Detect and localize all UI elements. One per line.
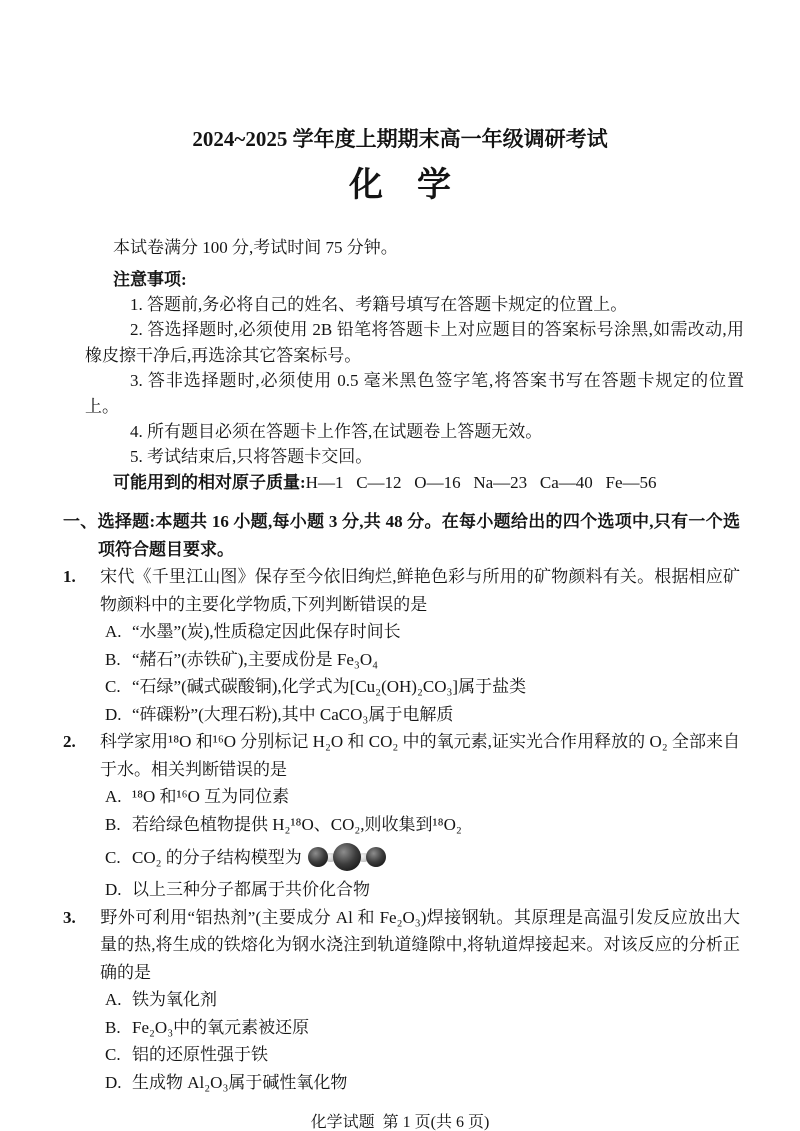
question-stem: 2.科学家用¹⁸O 和¹⁶O 分别标记 H₂O 和 CO₂ 中的氧元素,证实光合… [63, 728, 740, 783]
exam-paper-page: 2024~2025 学年度上期期末高一年级调研考试 化 学 本试卷满分 100 … [0, 0, 800, 1131]
question-number: 1. [63, 563, 100, 591]
option-label: A. [105, 618, 132, 646]
option-1b: B.“赭石”(赤铁矿),主要成份是 Fe₃O₄ [105, 646, 740, 674]
option-2b: B.若给绿色植物提供 H₂¹⁸O、CO₂,则收集到¹⁸O₂ [105, 811, 740, 839]
option-2a: A.¹⁸O 和¹⁶O 互为同位素 [105, 783, 740, 811]
oxygen-atom-icon [366, 847, 386, 867]
question-1: 1.宋代《千里江山图》保存至今依旧绚烂,鲜艳色彩与所用的矿物颜料有关。根据相应矿… [63, 563, 740, 728]
question-3: 3.野外可利用“铝热剂”(主要成分 Al 和 Fe₂O₃)焊接钢轨。其原理是高温… [63, 904, 740, 1097]
exam-session-title: 2024~2025 学年度上期期末高一年级调研考试 [0, 127, 800, 151]
option-text: “砗磲粉”(大理石粉),其中 CaCO₃属于电解质 [132, 705, 453, 724]
option-1d: D.“砗磲粉”(大理石粉),其中 CaCO₃属于电解质 [105, 701, 740, 729]
question-stem-text: 科学家用¹⁸O 和¹⁶O 分别标记 H₂O 和 CO₂ 中的氧元素,证实光合作用… [100, 732, 740, 779]
option-text: 铝的还原性强于铁 [132, 1045, 268, 1064]
option-text: 以上三种分子都属于共价化合物 [132, 880, 370, 899]
option-3b: B.Fe₂O₃中的氧元素被还原 [105, 1014, 740, 1042]
note-item-2: 2. 答选择题时,必须使用 2B 铅笔将答题卡上对应题目的答案标号涂黑,如需改动… [85, 317, 744, 368]
atomic-mass-values: H—1 C—12 O—16 Na—23 Ca—40 Fe—56 [306, 473, 657, 492]
option-label: B. [105, 646, 132, 674]
option-label: B. [105, 811, 132, 839]
note-item-1: 1. 答题前,务必将自己的姓名、考籍号填写在答题卡规定的位置上。 [85, 292, 744, 317]
option-text: Fe₂O₃中的氧元素被还原 [132, 1018, 309, 1037]
option-label: C. [105, 1041, 132, 1069]
question-number: 3. [63, 904, 100, 932]
question-stem-text: 宋代《千里江山图》保存至今依旧绚烂,鲜艳色彩与所用的矿物颜料有关。根据相应矿物颜… [100, 567, 740, 614]
option-text: ¹⁸O 和¹⁶O 互为同位素 [132, 787, 289, 806]
option-1a: A.“水墨”(炭),性质稳定因此保存时间长 [105, 618, 740, 646]
note-item-5: 5. 考试结束后,只将答题卡交回。 [85, 444, 744, 469]
atomic-mass-label: 可能用到的相对原子质量: [113, 473, 306, 492]
question-stem: 1.宋代《千里江山图》保存至今依旧绚烂,鲜艳色彩与所用的矿物颜料有关。根据相应矿… [63, 563, 740, 618]
option-label: D. [105, 1069, 132, 1097]
option-text: “水墨”(炭),性质稳定因此保存时间长 [132, 622, 401, 641]
oxygen-atom-icon [308, 847, 328, 867]
note-item-4: 4. 所有题目必须在答题卡上作答,在试题卷上答题无效。 [85, 419, 744, 444]
co2-molecule-model-icon [308, 843, 386, 871]
option-text: 若给绿色植物提供 H₂¹⁸O、CO₂,则收集到¹⁸O₂ [132, 815, 462, 834]
exam-info-line: 本试卷满分 100 分,考试时间 75 分钟。 [113, 235, 738, 260]
option-label: D. [105, 876, 132, 904]
option-2c: C.CO₂ 的分子结构模型为 [105, 838, 740, 876]
question-number: 2. [63, 728, 100, 756]
option-text: CO₂ 的分子结构模型为 [132, 844, 302, 872]
option-text: “石绿”(碱式碳酸铜),化学式为[Cu₂(OH)₂CO₃]属于盐类 [132, 677, 526, 696]
option-1c: C.“石绿”(碱式碳酸铜),化学式为[Cu₂(OH)₂CO₃]属于盐类 [105, 673, 740, 701]
page-footer: 化学试题 第 1 页(共 6 页) [0, 1111, 800, 1131]
option-text: “赭石”(赤铁矿),主要成份是 Fe₃O₄ [132, 650, 378, 669]
question-stem: 3.野外可利用“铝热剂”(主要成分 Al 和 Fe₂O₃)焊接钢轨。其原理是高温… [63, 904, 740, 987]
option-3a: A.铁为氧化剂 [105, 986, 740, 1014]
section-one-heading: 一、选择题:本题共 16 小题,每小题 3 分,共 48 分。在每小题给出的四个… [63, 508, 740, 563]
option-3d: D.生成物 Al₂O₃属于碱性氧化物 [105, 1069, 740, 1097]
option-3c: C.铝的还原性强于铁 [105, 1041, 740, 1069]
subject-title: 化 学 [0, 166, 800, 206]
atomic-mass-line: 可能用到的相对原子质量:H—1 C—12 O—16 Na—23 Ca—40 Fe… [85, 470, 744, 495]
question-stem-text: 野外可利用“铝热剂”(主要成分 Al 和 Fe₂O₃)焊接钢轨。其原理是高温引发… [100, 908, 740, 982]
option-2d: D.以上三种分子都属于共价化合物 [105, 876, 740, 904]
notes-heading: 注意事项: [113, 267, 738, 292]
option-label: C. [105, 673, 132, 701]
option-label: A. [105, 783, 132, 811]
question-2: 2.科学家用¹⁸O 和¹⁶O 分别标记 H₂O 和 CO₂ 中的氧元素,证实光合… [63, 728, 740, 904]
option-text: 铁为氧化剂 [132, 990, 217, 1009]
note-item-3: 3. 答非选择题时,必须使用 0.5 毫米黑色签字笔,将答案书写在答题卡规定的位… [85, 368, 744, 419]
option-label: C. [105, 844, 132, 872]
option-label: A. [105, 986, 132, 1014]
option-text: 生成物 Al₂O₃属于碱性氧化物 [132, 1073, 347, 1092]
option-label: B. [105, 1014, 132, 1042]
carbon-atom-icon [333, 843, 361, 871]
option-label: D. [105, 701, 132, 729]
